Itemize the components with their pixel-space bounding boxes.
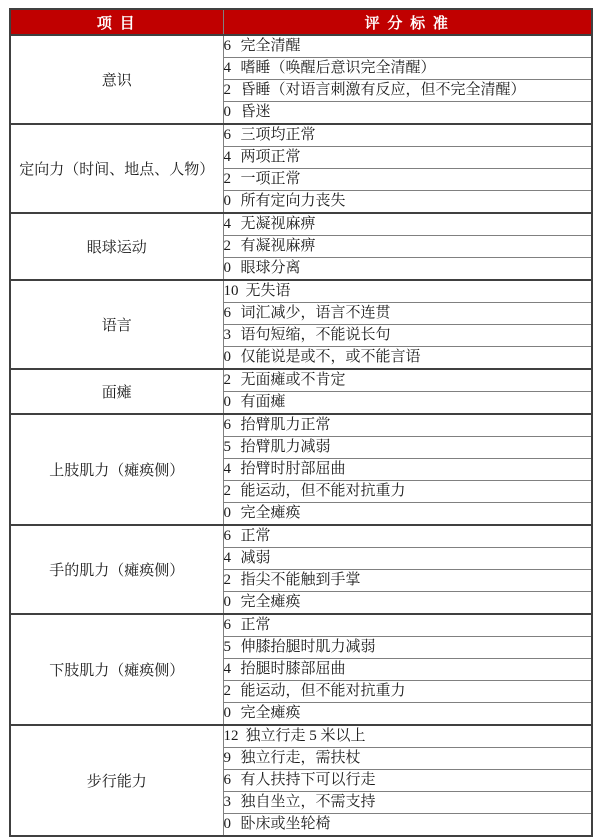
- score-value: 2: [224, 169, 234, 190]
- score-description: 减弱: [241, 550, 271, 566]
- table-header-row: 项 目 评 分 标 准: [10, 9, 592, 35]
- criteria-cell: 0昏迷: [223, 102, 592, 125]
- score-description: 昏迷: [241, 104, 271, 120]
- criteria-cell: 3语句短缩，不能说长句: [223, 325, 592, 347]
- criteria-cell: 4嗜睡（唤醒后意识完全清醒）: [223, 58, 592, 80]
- score-description: 完全清醒: [241, 38, 301, 54]
- table-row: 手的肌力（瘫痪侧）6正常: [10, 525, 592, 548]
- score-description: 完全瘫痪: [241, 505, 301, 521]
- score-description: 抬臂肌力减弱: [241, 439, 331, 455]
- score-value: 4: [224, 214, 234, 235]
- item-cell: 手的肌力（瘫痪侧）: [10, 525, 223, 614]
- criteria-cell: 6三项均正常: [223, 124, 592, 147]
- score-description: 能运动，但不能对抗重力: [241, 683, 406, 699]
- score-description: 正常: [241, 617, 271, 633]
- score-description: 完全瘫痪: [241, 705, 301, 721]
- score-value: 2: [224, 681, 234, 702]
- score-value: 3: [224, 792, 234, 813]
- score-description: 独自坐立，不需支持: [241, 794, 376, 810]
- score-value: 0: [224, 102, 234, 123]
- criteria-cell: 2能运动，但不能对抗重力: [223, 681, 592, 703]
- item-cell: 下肢肌力（瘫痪侧）: [10, 614, 223, 725]
- score-description: 两项正常: [241, 149, 301, 165]
- score-value: 2: [224, 236, 234, 257]
- score-value: 6: [224, 303, 234, 324]
- score-description: 完全瘫痪: [241, 594, 301, 610]
- score-description: 卧床或坐轮椅: [241, 816, 331, 832]
- score-value: 2: [224, 370, 234, 391]
- criteria-cell: 2无面瘫或不肯定: [223, 369, 592, 392]
- criteria-cell: 2昏睡（对语言刺激有反应，但不完全清醒）: [223, 80, 592, 102]
- score-value: 4: [224, 659, 234, 680]
- criteria-cell: 9独立行走，需扶杖: [223, 748, 592, 770]
- criteria-cell: 0完全瘫痪: [223, 592, 592, 615]
- criteria-cell: 6抬臂肌力正常: [223, 414, 592, 437]
- score-description: 所有定向力丧失: [241, 193, 346, 209]
- score-description: 无失语: [246, 283, 291, 299]
- item-cell: 步行能力: [10, 725, 223, 836]
- score-description: 三项均正常: [241, 127, 316, 143]
- score-description: 有人扶持下可以行走: [241, 772, 376, 788]
- score-description: 能运动，但不能对抗重力: [241, 483, 406, 499]
- score-value: 9: [224, 748, 234, 769]
- score-description: 一项正常: [241, 171, 301, 187]
- table-row: 上肢肌力（瘫痪侧）6抬臂肌力正常: [10, 414, 592, 437]
- criteria-cell: 5伸膝抬腿时肌力减弱: [223, 637, 592, 659]
- score-description: 嗜睡（唤醒后意识完全清醒）: [241, 60, 436, 76]
- criteria-cell: 0眼球分离: [223, 258, 592, 281]
- score-description: 有凝视麻痹: [241, 238, 316, 254]
- criteria-cell: 4减弱: [223, 548, 592, 570]
- score-value: 6: [224, 415, 234, 436]
- score-value: 0: [224, 258, 234, 279]
- score-value: 6: [224, 615, 234, 636]
- score-description: 昏睡（对语言刺激有反应，但不完全清醒）: [241, 82, 526, 98]
- criteria-cell: 12独立行走 5 米以上: [223, 725, 592, 748]
- table-row: 意识6完全清醒: [10, 35, 592, 58]
- score-value: 0: [224, 191, 234, 212]
- table-row: 步行能力12独立行走 5 米以上: [10, 725, 592, 748]
- score-value: 4: [224, 58, 234, 79]
- score-description: 独立行走 5 米以上: [246, 728, 366, 744]
- item-cell: 眼球运动: [10, 213, 223, 280]
- document-page: 项 目 评 分 标 准 意识6完全清醒4嗜睡（唤醒后意识完全清醒）2昏睡（对语言…: [0, 0, 600, 838]
- criteria-cell: 4无凝视麻痹: [223, 213, 592, 236]
- column-header-item: 项 目: [10, 9, 223, 35]
- criteria-cell: 2能运动，但不能对抗重力: [223, 481, 592, 503]
- score-value: 4: [224, 459, 234, 480]
- score-value: 2: [224, 570, 234, 591]
- table-row: 眼球运动4无凝视麻痹: [10, 213, 592, 236]
- column-header-criteria: 评 分 标 准: [223, 9, 592, 35]
- score-description: 语句短缩，不能说长句: [241, 327, 391, 343]
- score-value: 2: [224, 481, 234, 502]
- score-value: 0: [224, 347, 234, 368]
- score-value: 6: [224, 526, 234, 547]
- score-description: 抬臂肌力正常: [241, 417, 331, 433]
- score-value: 3: [224, 325, 234, 346]
- score-description: 仅能说是或不，或不能言语: [241, 349, 421, 365]
- score-description: 无面瘫或不肯定: [241, 372, 346, 388]
- criteria-cell: 5抬臂肌力减弱: [223, 437, 592, 459]
- score-description: 有面瘫: [241, 394, 286, 410]
- criteria-cell: 4抬腿时膝部屈曲: [223, 659, 592, 681]
- table-row: 下肢肌力（瘫痪侧）6正常: [10, 614, 592, 637]
- score-value: 6: [224, 125, 234, 146]
- item-cell: 面瘫: [10, 369, 223, 414]
- table-row: 语言10无失语: [10, 280, 592, 303]
- criteria-cell: 6正常: [223, 614, 592, 637]
- item-cell: 意识: [10, 35, 223, 124]
- score-value: 5: [224, 437, 234, 458]
- criteria-cell: 10无失语: [223, 280, 592, 303]
- criteria-cell: 4抬臂时肘部屈曲: [223, 459, 592, 481]
- score-description: 抬臂时肘部屈曲: [241, 461, 346, 477]
- score-value: 6: [224, 36, 234, 57]
- criteria-cell: 3独自坐立，不需支持: [223, 792, 592, 814]
- score-description: 抬腿时膝部屈曲: [241, 661, 346, 677]
- score-description: 伸膝抬腿时肌力减弱: [241, 639, 376, 655]
- criteria-cell: 0完全瘫痪: [223, 503, 592, 526]
- item-cell: 上肢肌力（瘫痪侧）: [10, 414, 223, 525]
- score-value: 0: [224, 703, 234, 724]
- score-value: 12: [224, 726, 239, 747]
- criteria-cell: 2一项正常: [223, 169, 592, 191]
- score-value: 0: [224, 814, 234, 835]
- criteria-cell: 0完全瘫痪: [223, 703, 592, 726]
- criteria-cell: 0卧床或坐轮椅: [223, 814, 592, 837]
- criteria-cell: 0有面瘫: [223, 392, 592, 415]
- criteria-cell: 2指尖不能触到手掌: [223, 570, 592, 592]
- score-value: 5: [224, 637, 234, 658]
- stroke-scale-table: 项 目 评 分 标 准 意识6完全清醒4嗜睡（唤醒后意识完全清醒）2昏睡（对语言…: [9, 8, 593, 837]
- criteria-cell: 6有人扶持下可以行走: [223, 770, 592, 792]
- score-value: 4: [224, 548, 234, 569]
- score-value: 10: [224, 281, 239, 302]
- score-description: 眼球分离: [241, 260, 301, 276]
- criteria-cell: 6正常: [223, 525, 592, 548]
- score-value: 0: [224, 503, 234, 524]
- table-row: 面瘫2无面瘫或不肯定: [10, 369, 592, 392]
- score-description: 独立行走，需扶杖: [241, 750, 361, 766]
- criteria-cell: 4两项正常: [223, 147, 592, 169]
- score-description: 无凝视麻痹: [241, 216, 316, 232]
- table-body: 意识6完全清醒4嗜睡（唤醒后意识完全清醒）2昏睡（对语言刺激有反应，但不完全清醒…: [10, 35, 592, 836]
- score-value: 0: [224, 392, 234, 413]
- criteria-cell: 0所有定向力丧失: [223, 191, 592, 214]
- score-value: 4: [224, 147, 234, 168]
- score-description: 指尖不能触到手掌: [241, 572, 361, 588]
- score-description: 正常: [241, 528, 271, 544]
- table-row: 定向力（时间、地点、人物）6三项均正常: [10, 124, 592, 147]
- score-value: 2: [224, 80, 234, 101]
- criteria-cell: 6完全清醒: [223, 35, 592, 58]
- criteria-cell: 2有凝视麻痹: [223, 236, 592, 258]
- criteria-cell: 0仅能说是或不，或不能言语: [223, 347, 592, 370]
- score-value: 0: [224, 592, 234, 613]
- item-cell: 定向力（时间、地点、人物）: [10, 124, 223, 213]
- score-value: 6: [224, 770, 234, 791]
- criteria-cell: 6词汇减少，语言不连贯: [223, 303, 592, 325]
- item-cell: 语言: [10, 280, 223, 369]
- score-description: 词汇减少，语言不连贯: [241, 305, 391, 321]
